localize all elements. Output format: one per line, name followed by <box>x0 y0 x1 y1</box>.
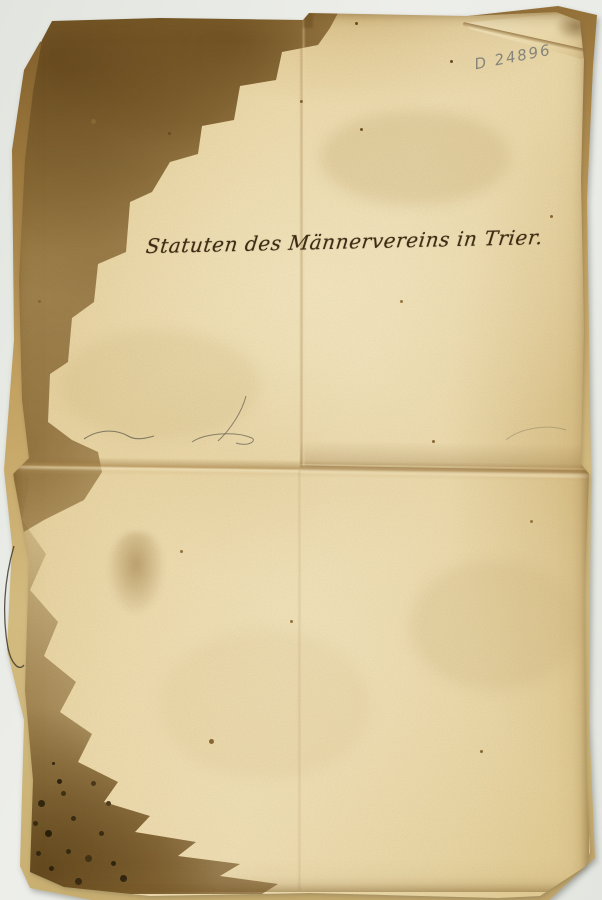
stain-blob <box>108 532 164 614</box>
damp-mark <box>410 560 580 690</box>
archive-catalog-number: D 24896 <box>473 41 553 74</box>
paper-wrap: Statuten des Männervereins in Trier. D 2… <box>0 0 602 900</box>
scanned-document-page: Statuten des Männervereins in Trier. D 2… <box>0 0 602 900</box>
damp-mark <box>160 630 370 780</box>
damp-mark <box>60 330 260 440</box>
document-paper: Statuten des Männervereins in Trier. D 2… <box>0 0 602 900</box>
dog-ear-stain <box>556 12 596 40</box>
vertical-fold-crease-bottom <box>297 470 304 890</box>
damp-mark <box>320 110 510 205</box>
handwritten-title: Statuten des Männervereins in Trier. <box>145 226 508 258</box>
top-edge-split <box>303 13 313 28</box>
mold-specks <box>52 762 55 765</box>
